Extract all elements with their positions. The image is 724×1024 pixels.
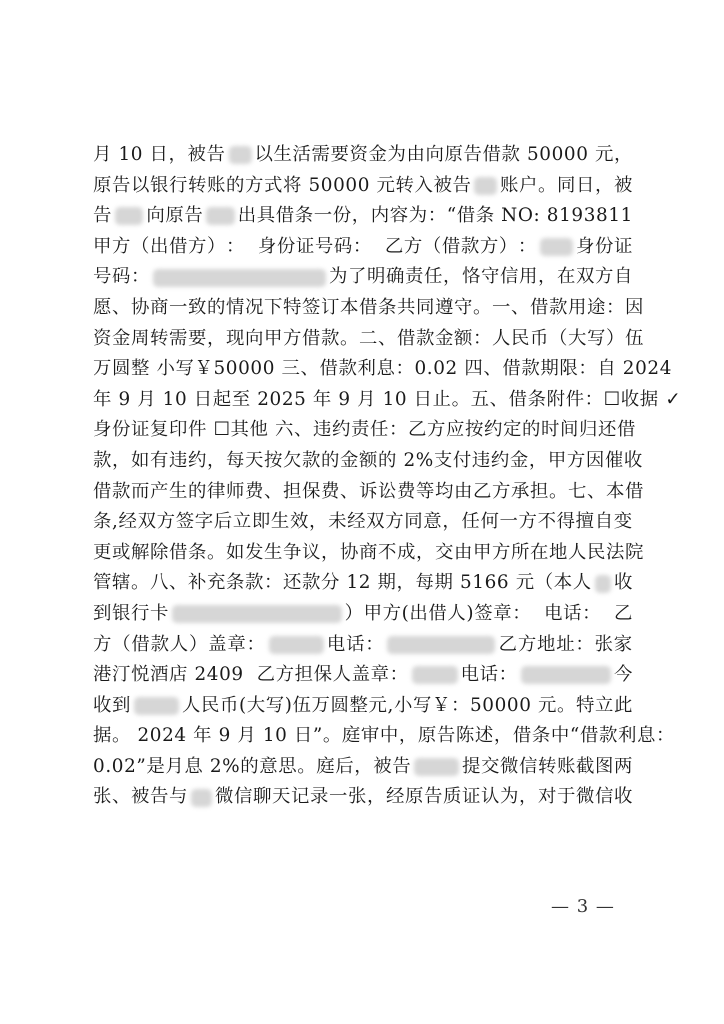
text-char: ”: [313, 721, 323, 752]
text-char: 0: [519, 691, 531, 722]
text-char: 按: [465, 415, 484, 446]
text-char: ，: [529, 446, 548, 477]
text-char: 意: [423, 507, 442, 538]
text-char: 本: [606, 477, 625, 508]
text-char: %: [416, 446, 434, 477]
text-char: ，: [416, 538, 435, 569]
text-char: （: [535, 568, 554, 599]
text-char: 8: [596, 201, 608, 232]
text-char: 交: [435, 538, 454, 569]
text-char: 了: [348, 262, 367, 293]
text-char: 借: [442, 232, 461, 263]
text-char: 审: [361, 721, 380, 752]
text-char: 经: [347, 507, 366, 538]
text-char: 款: [302, 446, 321, 477]
text-char: ）: [207, 232, 226, 263]
text-char: 话: [563, 599, 582, 630]
text-char: 每: [226, 446, 245, 477]
text-char: 印: [169, 415, 188, 446]
text-char: 借: [513, 721, 532, 752]
text-char: 本: [340, 293, 359, 324]
text-char: ，: [207, 324, 226, 355]
text-line: 月 10 日，被告以生活需要资金为由向原告借款 50000 元，: [93, 140, 633, 171]
text-char: ：: [389, 415, 408, 446]
text-char: 微: [576, 782, 595, 813]
text-char: 告: [452, 171, 471, 202]
text-char: 条: [295, 201, 314, 232]
text-char: 出: [409, 599, 428, 630]
text-char: 任: [461, 507, 480, 538]
text-line: 原告以银行转账的方式将 50000 元转入被告账户。同日，被: [93, 171, 633, 202]
text-char: 原: [418, 721, 437, 752]
text-char: 大: [247, 691, 266, 722]
text-char: 款: [461, 232, 480, 263]
text-char: ☐: [213, 415, 230, 446]
text-char: 原: [405, 782, 424, 813]
text-char: 因: [625, 293, 644, 324]
text-char: 告: [93, 201, 112, 232]
text-char: 后: [214, 507, 233, 538]
text-char: 。: [297, 752, 316, 783]
text-char: 、: [490, 385, 509, 416]
text-char: 方: [385, 507, 404, 538]
text-char: 甲: [364, 599, 383, 630]
text-char: 、: [169, 568, 188, 599]
text-char: 约: [491, 446, 510, 477]
text-char: 0: [539, 140, 551, 171]
text-char: 出: [150, 232, 169, 263]
text-char: 一: [314, 201, 333, 232]
text-char: 5: [308, 171, 320, 202]
text-char: 方: [519, 507, 538, 538]
text-line: 到银行卡）甲方(出借人)签章： 电话： 乙: [93, 599, 633, 630]
text-char: 5: [527, 140, 539, 171]
text-char: 份: [595, 232, 614, 263]
text-char: 除: [150, 538, 169, 569]
text-char: 诉: [359, 477, 378, 508]
text-char: 年: [193, 721, 212, 752]
text-char: ：: [365, 630, 384, 661]
text-char: 认: [481, 782, 500, 813]
text-char: 月: [237, 721, 256, 752]
text-char: 2: [446, 354, 458, 385]
text-char: 借: [502, 354, 521, 385]
text-char: 对: [538, 782, 557, 813]
text-char: 一: [169, 293, 188, 324]
text-line: 借款而产生的律师费、担保费、诉讼费等均由乙方承担。七、本借: [93, 477, 633, 508]
text-char: 况: [245, 293, 264, 324]
text-char: 守: [454, 293, 473, 324]
text-char: 间: [560, 415, 579, 446]
text-char: 。: [207, 538, 226, 569]
text-char: 。: [340, 324, 359, 355]
text-char: ，: [354, 752, 373, 783]
text-char: 争: [283, 538, 302, 569]
text-char: 需: [169, 324, 188, 355]
text-char: 话: [346, 630, 365, 661]
text-char: 告: [464, 140, 483, 171]
text-char: 法: [606, 538, 625, 569]
text-char: 约: [484, 415, 503, 446]
text-char: 的: [522, 415, 541, 446]
text-char: 份: [333, 201, 352, 232]
text-char: 0: [219, 660, 231, 691]
text-char: ”: [136, 752, 146, 783]
text-char: 款: [93, 446, 112, 477]
text-char: ，: [614, 140, 633, 171]
text-char: :: [534, 201, 541, 232]
text-char: 是: [146, 752, 165, 783]
text-char: 酒: [150, 660, 169, 691]
text-char: 方: [157, 507, 176, 538]
text-char: 生: [271, 507, 290, 538]
text-char: 。: [473, 293, 492, 324]
text-char: 信: [500, 262, 519, 293]
text-char: 乙: [408, 415, 427, 446]
text-char: 方: [188, 232, 207, 263]
text-char: 转: [188, 171, 207, 202]
text-char: ☐: [604, 385, 621, 416]
text-char: 银: [150, 171, 169, 202]
text-char: 信: [519, 752, 538, 783]
text-char: 款: [245, 568, 264, 599]
text-char: 据: [93, 721, 112, 752]
text-char: 出: [238, 201, 257, 232]
text-char: 2: [647, 354, 659, 385]
text-char: 款: [112, 477, 131, 508]
text-char: ）: [189, 630, 208, 661]
text-char: 0: [226, 354, 238, 385]
text-char: 截: [576, 752, 595, 783]
text-char: 保: [302, 477, 321, 508]
text-char: ✓: [665, 385, 681, 416]
text-char: 元: [369, 691, 388, 722]
text-char: 行: [169, 171, 188, 202]
text-char: 还: [598, 415, 617, 446]
text-char: 效: [290, 507, 309, 538]
text-char: 收: [614, 568, 633, 599]
text-char: 。: [538, 171, 557, 202]
text-char: 后: [335, 752, 354, 783]
text-char: 被: [373, 752, 392, 783]
text-char: 条: [476, 201, 495, 232]
text-char: 金: [112, 324, 131, 355]
text-char: 明: [367, 262, 386, 293]
text-char: 录: [310, 782, 329, 813]
text-char: 号: [93, 262, 112, 293]
text-char: 签: [176, 507, 195, 538]
text-char: ）: [606, 324, 625, 355]
text-char: 未: [328, 507, 347, 538]
text-char: ：: [131, 262, 150, 293]
text-line: 资金周转需要，现向甲方借款。二、借款金额：人民币（大写）伍: [93, 324, 633, 355]
text-line: 港汀悦酒店 2409 乙方担保人盖章：电话：今: [93, 660, 633, 691]
text-char: 码: [334, 232, 353, 263]
text-char: 向: [245, 324, 264, 355]
text-char: 汀: [112, 660, 131, 691]
text-char: 0: [333, 171, 345, 202]
text-char: 庭: [316, 752, 335, 783]
text-char: 条: [188, 538, 207, 569]
text-char: 不: [538, 507, 557, 538]
text-char: 5: [213, 354, 225, 385]
text-char: 2: [403, 446, 415, 477]
text-char: 被: [614, 171, 633, 202]
text-char: 2: [623, 354, 635, 385]
text-char: 致: [188, 293, 207, 324]
text-char: 币: [220, 691, 239, 722]
text-char: (: [239, 691, 247, 722]
text-char: 元: [538, 691, 557, 722]
body-text: 月 10 日，被告以生活需要资金为由向原告借款 50000 元，原告以银行转账的…: [93, 140, 633, 813]
text-char: 证: [131, 415, 150, 446]
text-char: 六: [275, 415, 294, 446]
text-char: 经: [119, 507, 138, 538]
text-char: 8: [547, 201, 559, 232]
text-line: 愿、协商一致的情况下特签订本借条共同遵守。一、借款用途：因: [93, 293, 633, 324]
text-char: 5: [470, 691, 482, 722]
text-char: 款: [338, 354, 357, 385]
text-char: 账: [500, 171, 519, 202]
text-char: 9: [118, 385, 130, 416]
text-char: 自: [597, 354, 616, 385]
text-char: 确: [386, 262, 405, 293]
text-char: 的: [207, 293, 226, 324]
text-char: 身: [93, 415, 112, 446]
text-char: 盖: [208, 630, 227, 661]
text-char: 以: [131, 171, 150, 202]
page-number: — 3 —: [551, 896, 615, 917]
text-char: 商: [150, 293, 169, 324]
text-char: 告: [112, 171, 131, 202]
text-line: 据。 2024 年 9 月 10 日”。庭审中，原告陈述，借条中“借款利息：: [93, 721, 633, 752]
text-char: 一: [492, 293, 511, 324]
text-char: 方: [492, 538, 511, 569]
text-char: 款: [549, 293, 568, 324]
text-char: 归: [579, 415, 598, 446]
text-char: 生: [169, 477, 188, 508]
text-char: 方: [567, 446, 586, 477]
text-char: 管: [93, 568, 112, 599]
text-char: 还: [283, 568, 302, 599]
text-char: 其: [231, 415, 250, 446]
text-char: 0: [238, 354, 250, 385]
text-char: 2: [162, 721, 174, 752]
text-char: 原: [445, 140, 464, 171]
text-char: 二: [359, 324, 378, 355]
text-char: 人: [492, 324, 511, 355]
text-char: 产: [150, 477, 169, 508]
text-char: 0: [564, 140, 576, 171]
text-char: 借: [580, 721, 599, 752]
text-char: 码: [112, 262, 131, 293]
text-char: 由: [407, 140, 426, 171]
text-char: 1: [383, 385, 395, 416]
text-char: 到: [112, 691, 131, 722]
text-char: ：: [428, 201, 447, 232]
text-char: 1: [608, 201, 620, 232]
text-char: 被: [433, 171, 452, 202]
text-char: 此: [614, 691, 633, 722]
redacted-text: [414, 758, 459, 776]
text-char: 张: [348, 782, 367, 813]
text-char: 年: [93, 385, 112, 416]
text-char: 方: [383, 599, 402, 630]
text-char: 件: [566, 385, 585, 416]
text-char: 于: [557, 782, 576, 813]
text-char: 微: [500, 752, 519, 783]
text-char: 2: [194, 660, 206, 691]
text-char: 得: [557, 507, 576, 538]
text-char: 告: [150, 782, 169, 813]
redacted-text: [269, 636, 324, 654]
text-char: 4: [660, 354, 672, 385]
text-char: 费: [321, 477, 340, 508]
text-char: 需: [312, 140, 331, 171]
text-char: 责: [351, 415, 370, 446]
text-char: 额: [359, 446, 378, 477]
text-char: 2: [210, 752, 222, 783]
text-char: ,: [112, 507, 118, 538]
text-char: 利: [618, 721, 637, 752]
text-char: 共: [397, 293, 416, 324]
text-char: 张: [93, 782, 112, 813]
text-char: 以: [255, 140, 274, 171]
text-char: 家: [614, 630, 633, 661]
text-char: 愿: [93, 293, 112, 324]
text-char: 质: [443, 782, 462, 813]
text-char: 人: [182, 691, 201, 722]
text-char: 整: [131, 354, 150, 385]
text-char: 借: [625, 477, 644, 508]
text-char: 0: [414, 354, 426, 385]
text-char: 。: [131, 568, 150, 599]
text-char: 的: [321, 446, 340, 477]
text-char: 伍: [625, 324, 644, 355]
text-char: ：: [656, 721, 675, 752]
text-char: 0: [112, 752, 124, 783]
text-char: 特: [283, 293, 302, 324]
text-char: 任: [424, 262, 443, 293]
text-char: 5: [460, 568, 472, 599]
text-char: ）: [499, 232, 518, 263]
text-char: 约: [332, 415, 351, 446]
text-char: 的: [226, 171, 245, 202]
text-char: 告: [437, 721, 456, 752]
text-char: 应: [446, 415, 465, 446]
text-char: 0: [635, 354, 647, 385]
text-char: 中: [380, 721, 399, 752]
text-char: 方: [518, 630, 537, 661]
text-char: 按: [264, 446, 283, 477]
text-char: 内: [371, 201, 390, 232]
text-char: 约: [188, 446, 207, 477]
text-char: 方: [404, 232, 423, 263]
text-char: 1: [559, 201, 571, 232]
text-char: 。: [112, 721, 131, 752]
text-char: ，: [442, 507, 461, 538]
text-char: 写: [587, 324, 606, 355]
text-char: %: [222, 752, 240, 783]
text-char: 用: [568, 293, 587, 324]
text-char: 店: [169, 660, 188, 691]
text-char: 下: [264, 293, 283, 324]
text-char: 写: [175, 354, 194, 385]
text-char: 即: [252, 507, 271, 538]
text-char: 记: [291, 782, 310, 813]
text-char: 守: [481, 262, 500, 293]
text-char: 张: [595, 630, 614, 661]
text-char: 行: [131, 599, 150, 630]
text-char: 人: [447, 599, 466, 630]
text-char: 乙: [614, 599, 633, 630]
text-char: 微: [215, 782, 234, 813]
text-char: 地: [549, 538, 568, 569]
text-char: 方: [276, 660, 295, 691]
text-char: 思: [278, 752, 297, 783]
text-char: 借: [397, 324, 416, 355]
text-char: 同: [404, 507, 423, 538]
text-char: 章: [493, 599, 512, 630]
text-char: 有: [150, 446, 169, 477]
text-char: ，: [169, 140, 188, 171]
text-char: 写: [266, 691, 285, 722]
text-char: 提: [462, 752, 481, 783]
redacted-text: [595, 575, 611, 593]
text-char: 借: [428, 599, 447, 630]
text-char: ：: [582, 599, 601, 630]
text-char: 担: [295, 660, 314, 691]
text-char: 甲: [93, 232, 112, 263]
text-char: 期: [540, 354, 559, 385]
text-char: 收: [621, 385, 640, 416]
text-char: 止: [433, 385, 452, 416]
text-char: 、: [294, 415, 313, 446]
text-char: 借: [617, 415, 636, 446]
text-line: 条,经双方签字后立即生效，未经双方同意，任何一方不得擅自变: [93, 507, 633, 538]
text-char: 述: [475, 721, 494, 752]
text-char: 1: [118, 140, 130, 171]
text-char: 要: [188, 324, 207, 355]
text-char: 转: [538, 752, 557, 783]
text-char: 商: [359, 538, 378, 569]
text-char: 件: [188, 415, 207, 446]
text-char: 0: [150, 721, 162, 752]
text-char: 协: [340, 538, 359, 569]
text-char: 借: [302, 324, 321, 355]
text-char: 条: [378, 293, 397, 324]
redacted-text: [206, 207, 234, 225]
text-char: 收: [93, 691, 112, 722]
text-char: 途: [587, 293, 606, 324]
text-char: 活: [293, 140, 312, 171]
text-line: 款，如有违约，每天按欠款的金额的 2%支付违约金，甲方因催收: [93, 446, 633, 477]
text-char: ：: [395, 354, 414, 385]
redacted-text: [474, 177, 497, 195]
redacted-text: [153, 269, 326, 287]
text-char: 等: [416, 477, 435, 508]
text-char: 协: [131, 293, 150, 324]
text-char: ：: [247, 630, 266, 661]
text-char: 2: [359, 568, 371, 599]
text-char: 发: [245, 538, 264, 569]
text-char: 一: [499, 507, 518, 538]
text-char: 现: [226, 324, 245, 355]
text-char: 悦: [131, 660, 150, 691]
text-char: 担: [283, 477, 302, 508]
text-char: （: [112, 630, 131, 661]
text-char: ：: [512, 599, 531, 630]
